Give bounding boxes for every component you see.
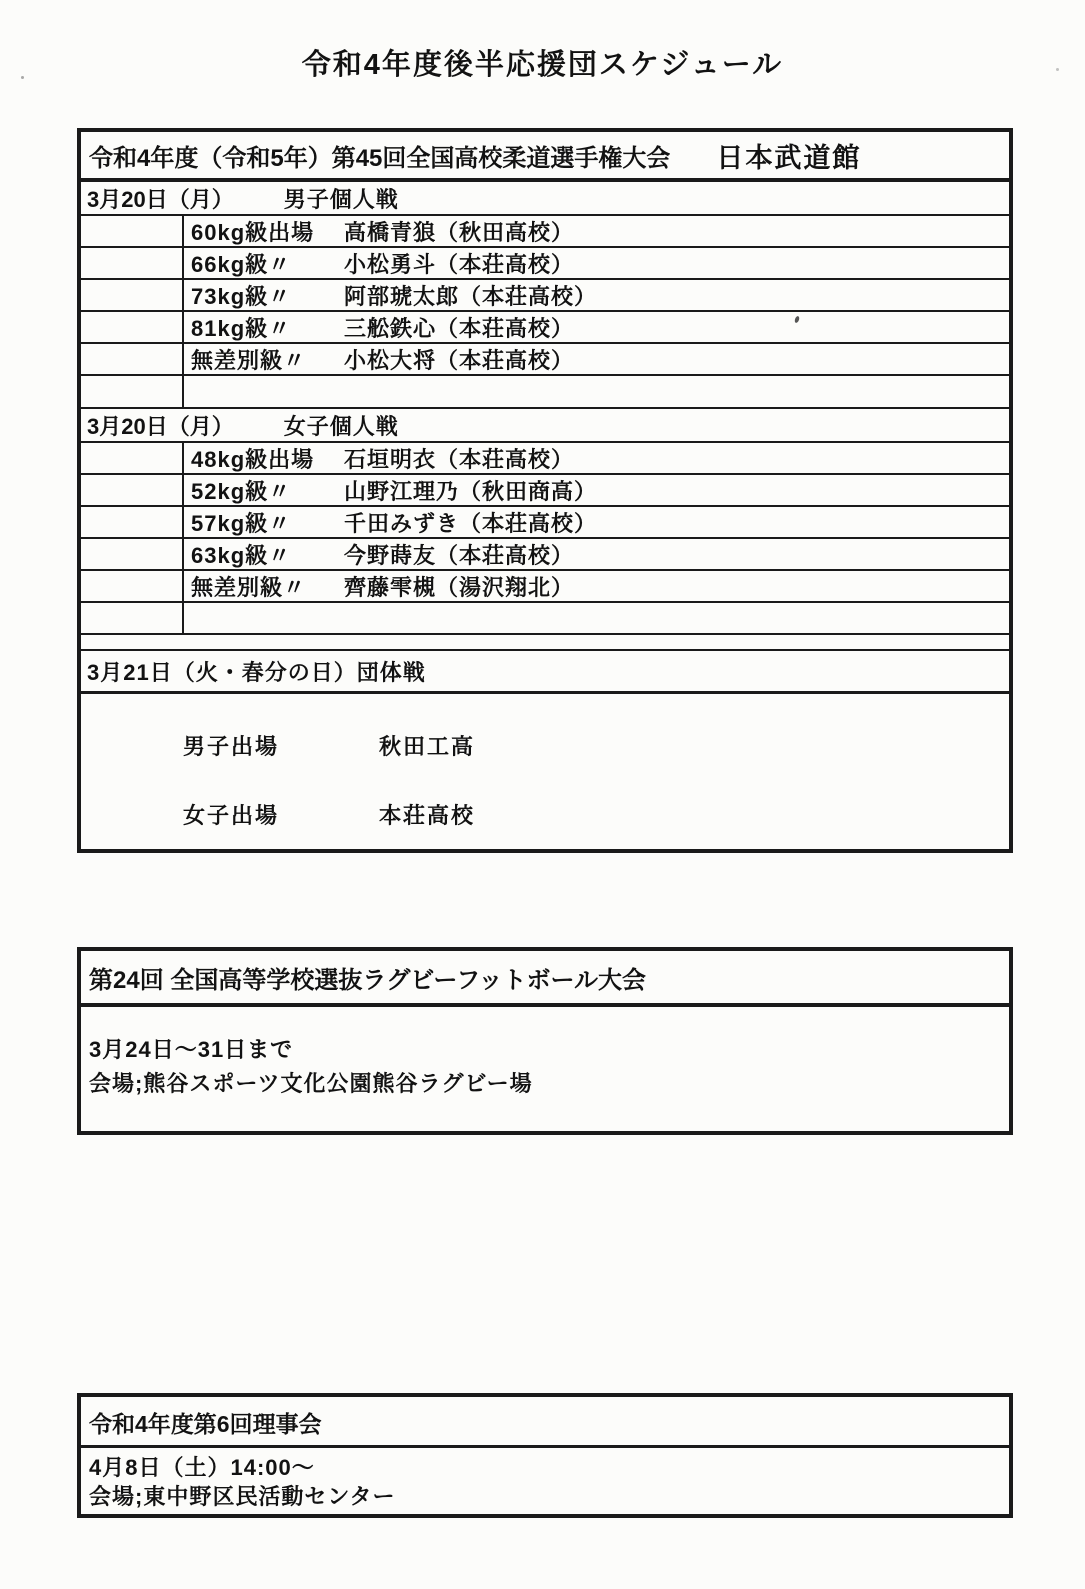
table-row: 57kg級〃 千田みずき（本荘高校）	[81, 507, 1009, 539]
table-row: 66kg級〃 小松勇斗（本荘高校）	[81, 248, 1009, 280]
empty-row	[81, 603, 1009, 635]
weight-class-cell: 66kg級〃	[184, 248, 344, 278]
scan-speck	[21, 76, 24, 79]
athlete-cell: 三舩鉄心（本荘高校）	[344, 312, 574, 342]
team-entry-men: 男子出場 秋田工高	[183, 730, 1009, 761]
athlete-cell: 高橋青狼（秋田高校）	[344, 216, 574, 246]
weight-class-cell: 無差別級〃	[184, 571, 344, 601]
women-section-label-row: 3月20日（月） 女子個人戦	[81, 409, 1009, 443]
table-row: 60kg級出場 高橋青狼（秋田高校）	[81, 216, 1009, 248]
men-event: 男子個人戦	[284, 183, 399, 214]
judo-table-header: 令和4年度（令和5年）第45回全国高校柔道選手権大会 日本武道館	[81, 132, 1009, 182]
page-title: 令和4年度後半応援団スケジュール	[0, 42, 1085, 83]
women-date: 3月20日（月）	[87, 410, 234, 441]
scan-speck	[1056, 68, 1059, 71]
table-row: 無差別級〃 齊藤雫槻（湯沢翔北）	[81, 571, 1009, 603]
row-indent-cell	[81, 248, 184, 278]
weight-class-cell: 60kg級出場	[184, 216, 344, 246]
men-section-label-row: 3月20日（月） 男子個人戦	[81, 182, 1009, 216]
rugby-schedule-table: 第24回 全国高等学校選抜ラグビーフットボール大会 3月24日～31日まで 会場…	[77, 947, 1013, 1135]
rugby-period: 3月24日～31日まで	[89, 1033, 1009, 1067]
row-indent-cell	[81, 443, 184, 473]
athlete-cell: 小松大将（本荘高校）	[344, 344, 574, 374]
athlete-cell: 千田みずき（本荘高校）	[344, 507, 597, 537]
row-indent-cell	[81, 475, 184, 505]
rugby-table-body: 3月24日～31日まで 会場;熊谷スポーツ文化公園熊谷ラグビー場	[81, 1007, 1009, 1101]
women-event: 女子個人戦	[284, 410, 399, 441]
row-indent-cell	[81, 507, 184, 537]
athlete-cell: 山野江理乃（秋田商高）	[344, 475, 597, 505]
table-row: 63kg級〃 今野蒔友（本荘高校）	[81, 539, 1009, 571]
athlete-cell: 小松勇斗（本荘高校）	[344, 248, 574, 278]
judo-venue: 日本武道館	[716, 136, 861, 175]
row-indent-cell	[81, 376, 184, 407]
row-indent-cell	[81, 216, 184, 246]
weight-class-cell: 52kg級〃	[184, 475, 344, 505]
weight-class-cell: 73kg級〃	[184, 280, 344, 310]
weight-class-cell: 48kg級出場	[184, 443, 344, 473]
table-row: 無差別級〃 小松大将（本荘高校）	[81, 344, 1009, 376]
row-indent-cell	[81, 571, 184, 601]
board-table-header: 令和4年度第6回理事会	[81, 1397, 1009, 1448]
weight-class-cell: 81kg級〃	[184, 312, 344, 342]
athlete-cell: 石垣明衣（本荘高校）	[344, 443, 574, 473]
rugby-table-header: 第24回 全国高等学校選抜ラグビーフットボール大会	[81, 951, 1009, 1007]
athlete-cell: 今野蒔友（本荘高校）	[344, 539, 574, 569]
judo-tournament-title: 令和4年度（令和5年）第45回全国高校柔道選手権大会	[89, 138, 670, 173]
row-indent-cell	[81, 603, 184, 633]
judo-schedule-table: 令和4年度（令和5年）第45回全国高校柔道選手権大会 日本武道館 3月20日（月…	[77, 128, 1013, 853]
team-entry-school: 本荘高校	[379, 799, 475, 830]
spacer-row	[81, 635, 1009, 651]
team-entry-label: 男子出場	[183, 730, 379, 761]
athlete-cell: 阿部琥太郎（本荘高校）	[344, 280, 597, 310]
row-indent-cell	[81, 344, 184, 374]
weight-class-cell: 57kg級〃	[184, 507, 344, 537]
weight-class-cell: 63kg級〃	[184, 539, 344, 569]
board-meeting-title: 令和4年度第6回理事会	[89, 1406, 322, 1439]
table-row: 48kg級出場 石垣明衣（本荘高校）	[81, 443, 1009, 475]
row-indent-cell	[81, 539, 184, 569]
scanned-schedule-page: { "page_title": "令和4年度後半応援団スケジュール", "jud…	[0, 0, 1085, 1589]
team-section-label-row: 3月21日（火・春分の日）団体戦	[81, 651, 1009, 694]
team-entry-women: 女子出場 本荘高校	[183, 799, 1009, 830]
rugby-venue: 会場;熊谷スポーツ文化公園熊谷ラグビー場	[89, 1067, 1009, 1101]
rugby-tournament-title: 第24回 全国高等学校選抜ラグビーフットボール大会	[89, 960, 646, 995]
athlete-cell: 齊藤雫槻（湯沢翔北）	[344, 571, 574, 601]
team-date-label: 3月21日（火・春分の日）団体戦	[87, 656, 426, 687]
team-entry-school: 秋田工高	[379, 730, 475, 761]
table-row: 81kg級〃 三舩鉄心（本荘高校）	[81, 312, 1009, 344]
empty-row	[81, 376, 1009, 409]
board-meeting-datetime: 4月8日（土）14:00～	[89, 1453, 1009, 1482]
board-meeting-table: 令和4年度第6回理事会 4月8日（土）14:00～ 会場;東中野区民活動センター	[77, 1393, 1013, 1518]
board-meeting-venue: 会場;東中野区民活動センター	[89, 1482, 1009, 1511]
table-row: 73kg級〃 阿部琥太郎（本荘高校）	[81, 280, 1009, 312]
row-indent-cell	[81, 312, 184, 342]
row-indent-cell	[81, 280, 184, 310]
table-row: 52kg級〃 山野江理乃（秋田商高）	[81, 475, 1009, 507]
men-date: 3月20日（月）	[87, 183, 234, 214]
team-entries-cell: 男子出場 秋田工高 女子出場 本荘高校	[81, 694, 1009, 830]
team-entry-label: 女子出場	[183, 799, 379, 830]
board-table-body: 4月8日（土）14:00～ 会場;東中野区民活動センター	[81, 1448, 1009, 1511]
weight-class-cell: 無差別級〃	[184, 344, 344, 374]
